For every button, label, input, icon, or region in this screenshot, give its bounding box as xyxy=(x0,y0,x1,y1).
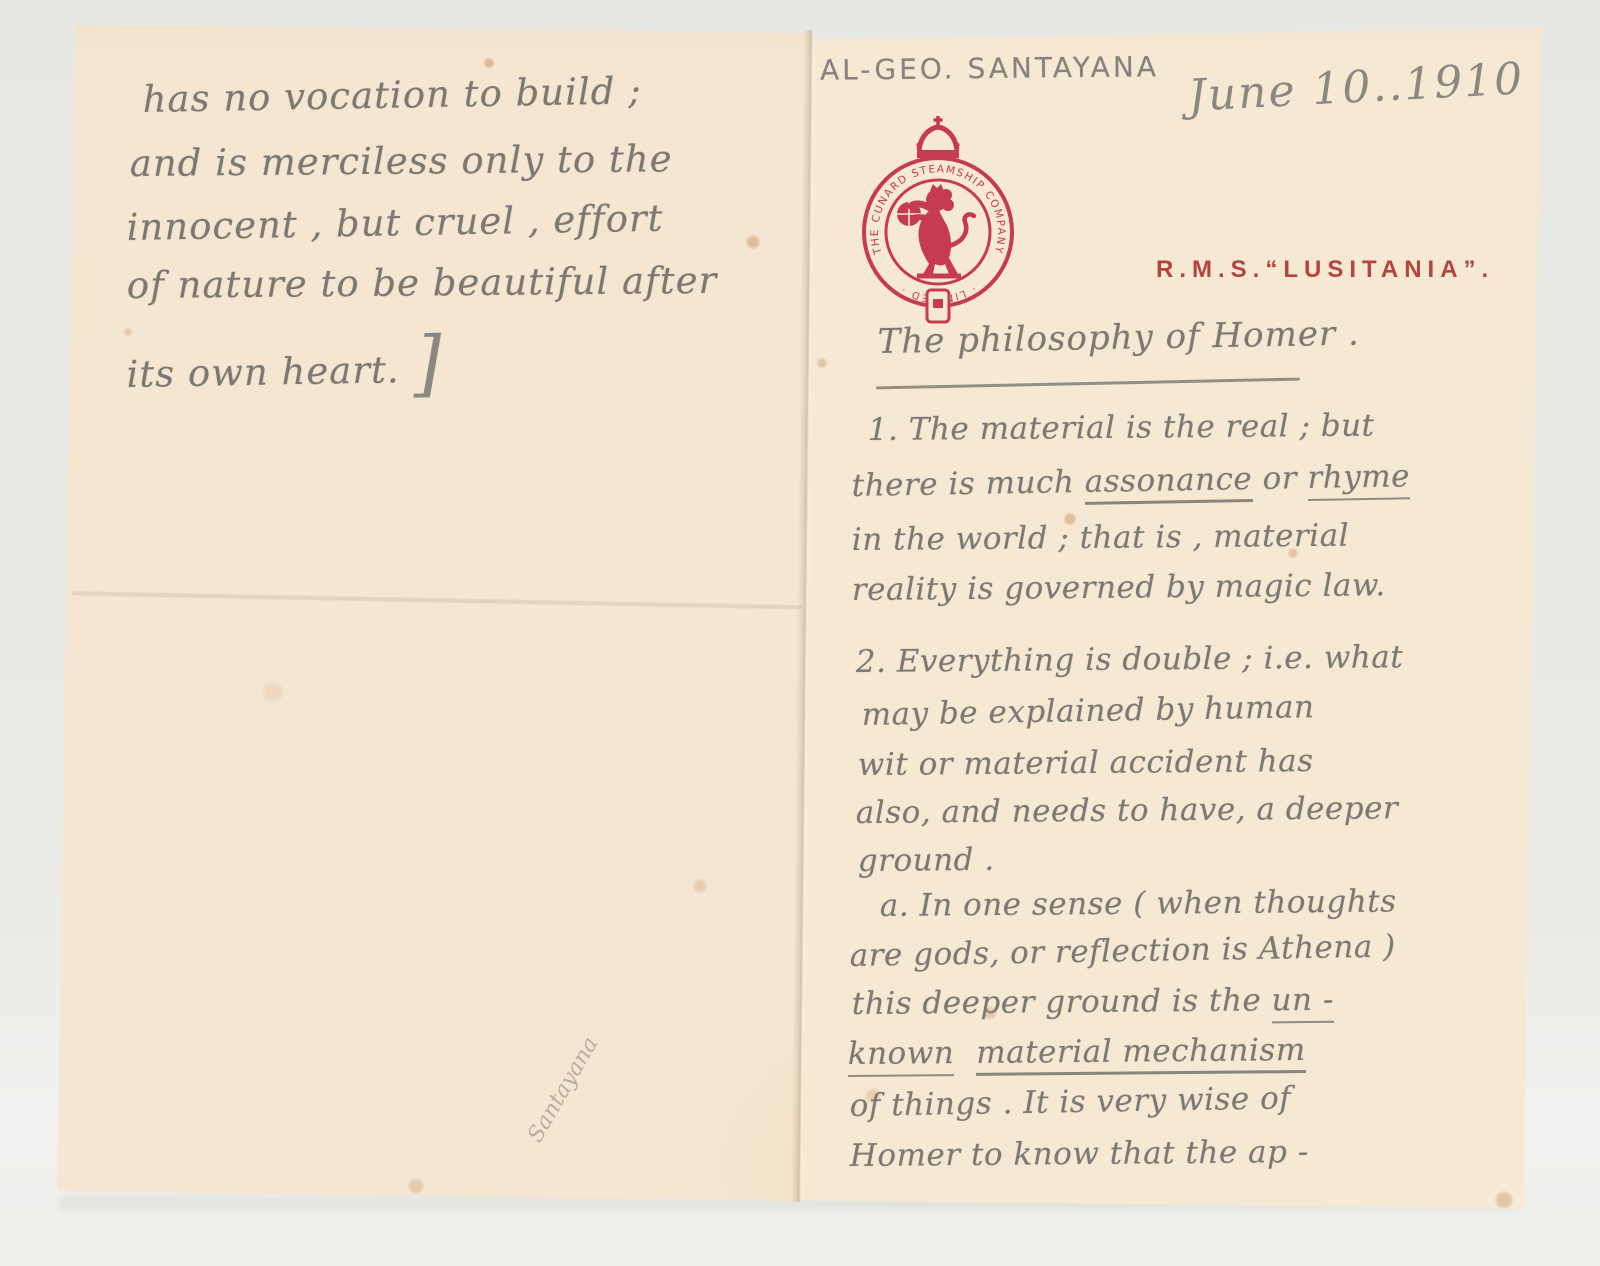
underlined-word: rhyme xyxy=(1307,458,1410,501)
collector-annotation: AL-GEO. SANTAYANA xyxy=(820,50,1159,87)
handwritten-line: Homer to know that the ap - xyxy=(850,1134,1309,1174)
handwritten-line: reality is governed by magic law. xyxy=(852,567,1386,608)
handwritten-line: 1. The material is the real ; but xyxy=(868,408,1375,448)
underlined-word: material mechanism xyxy=(976,1032,1306,1076)
handwritten-line: and is merciless only to the xyxy=(130,137,673,185)
text-segment: there is much xyxy=(851,464,1085,504)
handwritten-line: its own heart.] xyxy=(126,314,444,404)
handwritten-line: has no vocation to build ; xyxy=(142,69,642,121)
underlined-word: known xyxy=(848,1035,955,1077)
handwritten-line: knownmaterial mechanism xyxy=(848,1032,1306,1072)
handwritten-line: a. In one sense ( when thoughts xyxy=(880,883,1397,924)
text-segment: this deeper ground is the xyxy=(852,982,1272,1022)
letter-title: The philosophy of Homer . xyxy=(877,314,1360,362)
handwritten-line: wit or material accident has xyxy=(858,743,1314,783)
handwritten-line: of nature to be beautiful after xyxy=(127,259,718,307)
handwritten-line: ground . xyxy=(858,842,995,879)
underlined-word: un - xyxy=(1271,982,1334,1024)
handwritten-line: of things . It is very wise of xyxy=(849,1080,1291,1124)
handwritten-line: this deeper ground is the un - xyxy=(852,982,1334,1022)
buckle-icon xyxy=(927,290,949,322)
text-segment: or xyxy=(1252,460,1308,497)
handwritten-line: in the world ; that is , material xyxy=(852,518,1349,558)
scanned-letter-photo: { "colors": { "crest_red": "#c73b4e", "p… xyxy=(0,0,1600,1266)
ship-name: R.M.S.“LUSITANIA”. xyxy=(1156,256,1494,284)
text-segment: its own heart. xyxy=(126,348,400,396)
cunard-crest: THE CUNARD STEAMSHIP COMPANY · LIMITED · xyxy=(845,96,1031,328)
handwritten-line: also, and needs to have, a deeper xyxy=(856,790,1399,831)
crown-icon xyxy=(916,116,959,158)
closing-bracket-mark: ] xyxy=(413,320,444,404)
lion-and-globe-icon xyxy=(897,184,974,276)
handwritten-line: 2. Everything is double ; i.e. what xyxy=(856,639,1404,680)
underlined-word: assonance xyxy=(1084,461,1252,505)
